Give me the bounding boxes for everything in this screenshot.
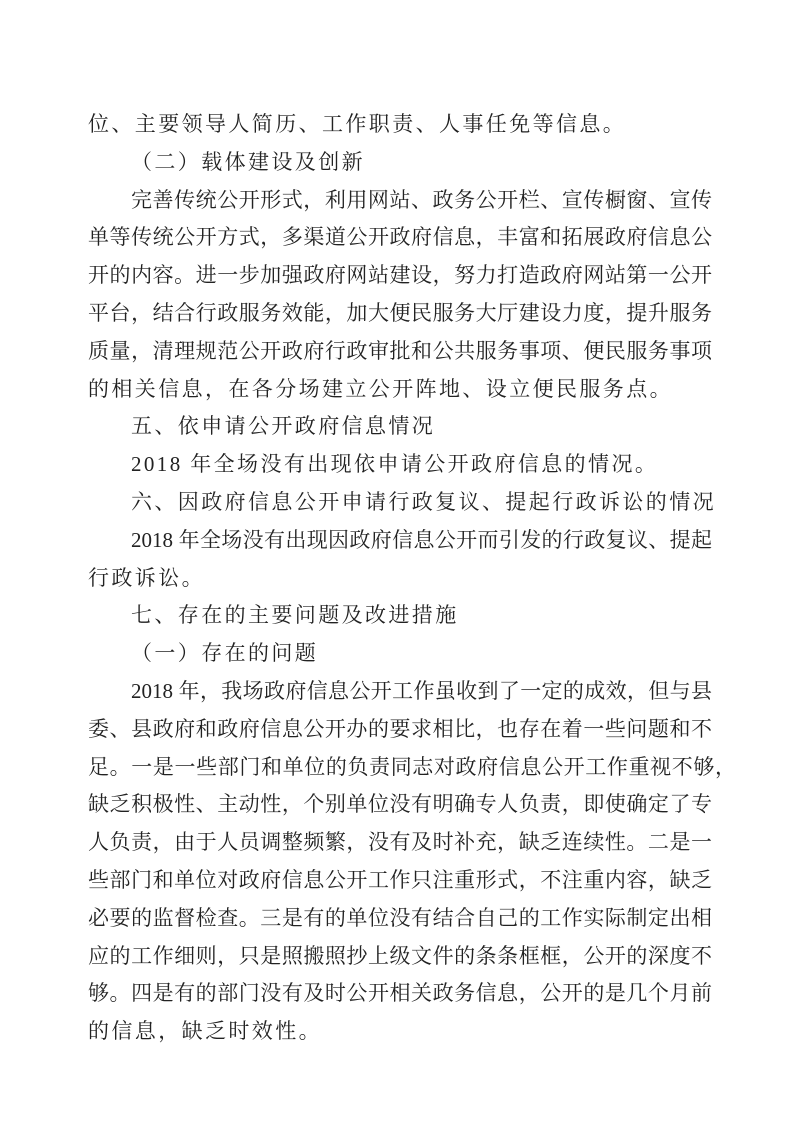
text-line: 的相关信息，在各分场建立公开阵地、设立便民服务点。 <box>88 371 712 409</box>
text-line: 应的工作细则，只是照搬照抄上级文件的条条框框，公开的深度不 <box>88 938 712 976</box>
text-line: 人负责，由于人员调整频繁，没有及时补充，缺乏连续性。二是一 <box>88 824 712 862</box>
text-line: 够。四是有的部门没有及时公开相关政务信息，公开的是几个月前 <box>88 975 712 1013</box>
document-lines: 位、主要领导人简历、工作职责、人事任免等信息。（二）载体建设及创新完善传统公开形… <box>88 106 712 1051</box>
text-line: 委、县政府和政府信息公开办的要求相比，也存在着一些问题和不 <box>88 711 712 749</box>
text-line: 足。一是一些部门和单位的负责同志对政府信息公开工作重视不够， <box>88 749 736 787</box>
text-line: 2018 年全场没有出现因政府信息公开而引发的行政复议、提起 <box>88 522 712 560</box>
text-line: 单等传统公开方式，多渠道公开政府信息，丰富和拓展政府信息公 <box>88 219 712 257</box>
text-line: 五、依申请公开政府信息情况 <box>88 408 712 446</box>
text-line: 行政诉讼。 <box>88 560 712 598</box>
text-line: 平台，结合行政服务效能，加大便民服务大厅建设力度，提升服务 <box>88 295 712 333</box>
text-line: 的信息，缺乏时效性。 <box>88 1013 712 1051</box>
text-line: 七、存在的主要问题及改进措施 <box>88 597 712 635</box>
text-line: 位、主要领导人简历、工作职责、人事任免等信息。 <box>88 106 712 144</box>
text-line: 缺乏积极性、主动性，个别单位没有明确专人负责，即使确定了专 <box>88 786 712 824</box>
text-line: 2018 年，我场政府信息公开工作虽收到了一定的成效，但与县 <box>88 673 712 711</box>
text-line: （一）存在的问题 <box>88 635 712 673</box>
text-line: 2018 年全场没有出现依申请公开政府信息的情况。 <box>88 446 712 484</box>
text-line: 完善传统公开形式，利用网站、政务公开栏、宣传橱窗、宣传 <box>88 182 712 220</box>
text-line: （二）载体建设及创新 <box>88 144 712 182</box>
text-line: 开的内容。进一步加强政府网站建设，努力打造政府网站第一公开 <box>88 257 712 295</box>
text-line: 必要的监督检查。三是有的单位没有结合自己的工作实际制定出相 <box>88 900 712 938</box>
text-line: 些部门和单位对政府信息公开工作只注重形式，不注重内容，缺乏 <box>88 862 712 900</box>
document-page: 位、主要领导人简历、工作职责、人事任免等信息。（二）载体建设及创新完善传统公开形… <box>0 0 800 1130</box>
text-line: 质量，清理规范公开政府行政审批和公共服务事项、便民服务事项 <box>88 333 712 371</box>
text-line: 六、因政府信息公开申请行政复议、提起行政诉讼的情况 <box>88 484 712 522</box>
